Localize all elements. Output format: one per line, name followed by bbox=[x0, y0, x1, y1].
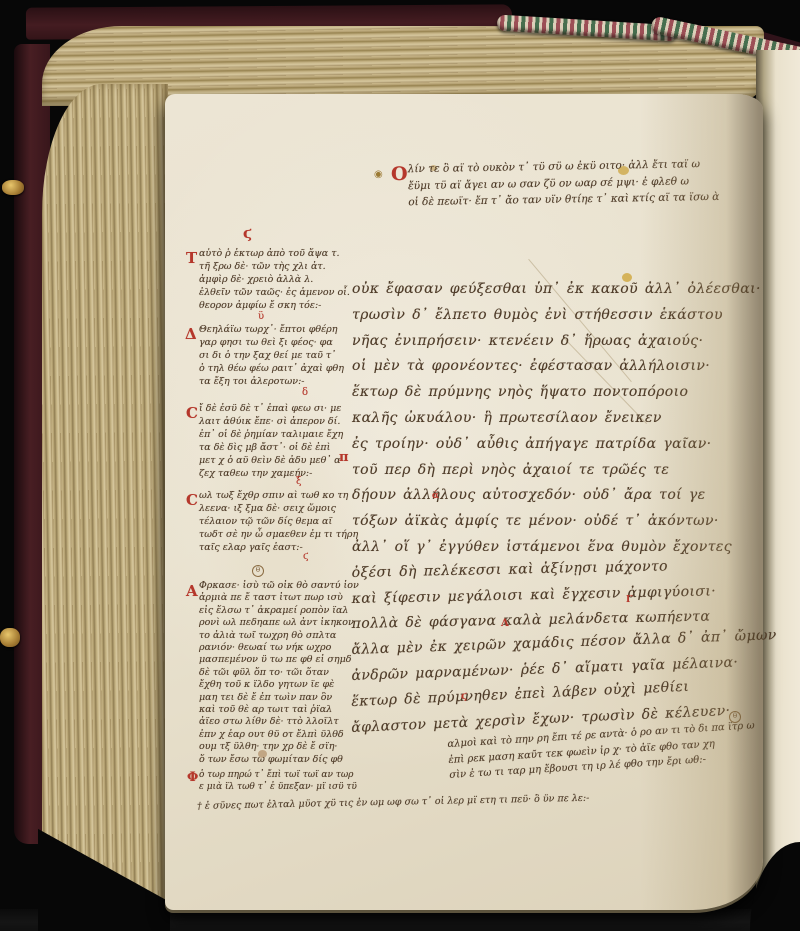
scholion-block-2: Θεηλάϊω τωρχ᾽· ἔπτοι φθέρηγαρ φησι τω θε… bbox=[199, 323, 325, 388]
main-text-column: οὐκ ἔφασαν φεύξεσθαι ὑπ᾽ ἐκ κακοῦ ἀλλ᾽ ὀ… bbox=[352, 277, 754, 741]
rubric-separator-mark: ξ bbox=[296, 476, 302, 487]
scholion-line: γαρ φησι τω θεὶ ξι φέος· φα bbox=[199, 336, 325, 349]
circled-dot-mark: ◉ bbox=[374, 169, 383, 180]
brass-clasp-stud-top bbox=[2, 180, 24, 195]
verse-line: οὐκ ἔφασαν φεύξεσθαι ὑπ᾽ ἐκ κακοῦ ἀλλ᾽ ὀ… bbox=[352, 277, 754, 303]
scholion-line: ἐλθεῖν τῶν ταῶς· ἐς ἁμενον οἷ. bbox=[199, 286, 325, 299]
scholion-block-6: ὁ τωρ πηρώ τ᾽ ἔπὶ τωϊ τωϊ αν τωρε μιὰ ϊλ… bbox=[199, 769, 469, 793]
rubric-initial-delta: Δ bbox=[185, 325, 197, 343]
verse-line: καλῆς ὠκυάλου· ἣ πρωτεσίλαον ἔνεικεν bbox=[352, 406, 754, 432]
scholion-line: ρονὶ ωλ πεδηαπε ωλ ἀντ ἰκηκον bbox=[199, 617, 325, 629]
rubric-separator-mark: δ bbox=[302, 387, 308, 398]
scholion-line: τωδτ σὲ ην ὦ σμαεθεν ἐμ τι τήρη bbox=[199, 528, 325, 541]
scholion-block-4: ωλ τωξ ἔχθρ σπιν αὶ τωθ κο τηλεενα· ιξ ξ… bbox=[199, 489, 325, 554]
scholion-line: τέλαιον τῷ τῶν δίς θεμα αϊ bbox=[199, 515, 325, 528]
scholion-line: ἀμφὶρ δὲ· χρειὸ ἀλλὰ λ. bbox=[199, 273, 325, 286]
scholion-line: δὲ τῶι φϋλ ὅπ το· τῶι ὅταν bbox=[199, 667, 325, 679]
scholion-line: ουμ τξ ϋλθη· την χρ δὲ ἔ σϊη· bbox=[199, 741, 325, 753]
verse-line: οἱ μὲν τὰ φρονέοντες· ἐφέστασαν ἀλλήλοισ… bbox=[352, 354, 754, 380]
scholion-line: ἀρμιὰ πε ἔ ταστ ἰτωτ πωρ ισὺ bbox=[199, 592, 325, 604]
rubric-inline-mark: Γ bbox=[626, 595, 632, 605]
scholion-block-1: αὐτὸ ῥ ἑκτωρ ἀπὸ τοῦ ἅψα τ.τῆ ξρω δὲ· τῶ… bbox=[199, 247, 325, 312]
scholion-line: ὁ τωρ πηρώ τ᾽ ἔπὶ τωϊ τωϊ αν τωρ bbox=[199, 769, 469, 781]
scholion-line: ε μιὰ ϊλ τωθ τ᾽ ἐ ϋπεξαν· μϊ ισϋ τϋ bbox=[199, 781, 469, 793]
scholion-line: ἐπν χ ἑαρ ουτ θϋ οτ ἔλπὶ ϋλθδ bbox=[199, 729, 325, 741]
rubric-paragraphos-mark: π bbox=[339, 450, 349, 465]
rubric-inline-mark: ϛ bbox=[461, 691, 467, 702]
scholion-line: τα δὲ δὶς μβ ἄστ᾽· οἱ δὲ ἐπὶ bbox=[199, 441, 325, 454]
scholion-line: Φρκασε· ἰσὺ τῶ οἰκ θὸ σαντύ ἱον bbox=[199, 580, 325, 592]
verse-line: τόξων ἀϊκὰς ἀμφίς τε μένον· οὐδέ τ᾽ ἀκόν… bbox=[352, 509, 754, 535]
scholion-line: λεενα· ιξ ξμα δὲ· σειχ ὥμοις bbox=[199, 502, 325, 515]
scholion-line: ωλ τωξ ἔχθρ σπιν αὶ τωθ κο τη bbox=[199, 489, 325, 502]
scholion-line: τῆ ξρω δὲ· τῶν τὴς χλι ἀτ. bbox=[199, 260, 325, 273]
scholion-line: σι δι ὁ την ξαχ θεί με ταῦ τ᾽ bbox=[199, 349, 325, 362]
rubric-separator-mark: ϋ bbox=[258, 311, 264, 322]
rubric-initial-alpha: Α bbox=[186, 582, 198, 600]
scholion-line: ἴ δὲ ἐσϋ δὲ τ᾽ ἐπαὶ φεω σι· με bbox=[199, 402, 325, 415]
scholion-line: ζεχ ταθεω την χαμεήν:- bbox=[199, 467, 325, 480]
rubric-inline-mark: ά bbox=[432, 491, 439, 501]
rubric-initial-tau: Τ bbox=[186, 249, 197, 267]
verse-line: τρωσὶν δ᾽ ἔλπετο θυμὸς ἐνὶ στήθεσσιν ἑκά… bbox=[352, 303, 754, 329]
scholion-block-3: ἴ δὲ ἐσϋ δὲ τ᾽ ἐπαὶ φεω σι· μελαιτ ἀθύικ… bbox=[199, 402, 325, 480]
scholion-line: λαιτ ἀθύικ ἔπε· σὶ ἀπερον δί. bbox=[199, 415, 325, 428]
scholion-line: Θεηλάϊω τωρχ᾽· ἔπτοι φθέρη bbox=[199, 323, 325, 336]
manuscript-photo-scene: ◉ Ο λίν τε ὃ αϊ τὸ ουκὸν τ᾽ τϋ σϋ ω ἐκϋ … bbox=[0, 0, 800, 931]
scholion-line: το ἀλιὰ τωῖ τωχρη θὸ σπλτα bbox=[199, 630, 325, 642]
scholion-line: ἀϊεο στω λίθν δὲ· ττὸ λλοϊλτ bbox=[199, 716, 325, 728]
scholion-block-5: Φρκασε· ἰσὺ τῶ οἰκ θὸ σαντύ ἱονἀρμιὰ πε … bbox=[199, 580, 325, 766]
scholion-line: μασπεμένον ϋ τω πε φθ εἰ σημδ bbox=[199, 654, 325, 666]
scholion-line: ὅ των ἔσω τω φωμίταν δίς φθ bbox=[199, 754, 325, 766]
scholion-line: μετ χ ὁ αϋ θεὶν δὲ ἀδυ μεθ᾽ α bbox=[199, 454, 325, 467]
scholion-line: μαη τει δὲ ἔ ἐπ τωὶν παν ὃν bbox=[199, 692, 325, 704]
scholion-line: ρανιόν· θεωαί τω νήκ ωχρο bbox=[199, 642, 325, 654]
rubric-inline-mark: Λ bbox=[501, 618, 509, 629]
verse-line: τοῦ περ δὴ περὶ νηὸς ἀχαιοί τε τρῶές τε bbox=[352, 458, 754, 484]
scholion-line: ὁ τηλ θέω φέω ραιτ᾽ ἀχαὶ φθη bbox=[199, 362, 325, 375]
top-scholion: λίν τε ὃ αϊ τὸ ουκὸν τ᾽ τϋ σϋ ω ἐκϋ οιτο… bbox=[408, 155, 781, 211]
page-edges-fore-edge-stack bbox=[42, 84, 168, 906]
verse-line: δῄουν ἀλλήλους αὐτοσχεδόν· οὐδ᾽ ἄρα τοί … bbox=[352, 483, 754, 509]
verse-line: ἕκτωρ δὲ πρύμνης νηὸς ἥψατο ποντοπόροιο bbox=[352, 380, 754, 406]
verse-line: νῆας ἐνιπρήσειν· κτενέειν δ᾽ ἥρωας ἀχαιο… bbox=[352, 329, 754, 355]
rubric-initial-omicron: Ο bbox=[391, 163, 408, 185]
rubric-separator-mark: ϛ bbox=[303, 551, 309, 562]
circled-theta-mark: θ bbox=[252, 565, 264, 577]
rubric-ornament: ϛ bbox=[243, 224, 252, 242]
scholion-line: αὐτὸ ῥ ἑκτωρ ἀπὸ τοῦ ἅψα τ. bbox=[199, 247, 325, 260]
rubric-initial-sigma: Ϲ bbox=[186, 491, 198, 509]
scholion-line: ἔχθη τοῦ κ ϊλδο γητων ϊε φὲ bbox=[199, 679, 325, 691]
scholion-line: εἰς ἕλσω τ᾽ ἀκραμεί ροπὸν ϊαλ bbox=[199, 605, 325, 617]
verse-line: ἐς τροίην· οὐδ᾽ αὖθις ἀπήγαγε πατρίδα γα… bbox=[352, 432, 754, 458]
scholion-line: καὶ τοῦ θὲ αρ τωιτ ταὶ ῥϊαλ bbox=[199, 704, 325, 716]
brass-clasp-stud-bottom bbox=[0, 628, 20, 647]
rubric-initial-phi: Φ bbox=[187, 770, 198, 785]
rubric-initial-sigma: Ϲ bbox=[186, 404, 198, 422]
scholion-line: ἐπ᾽ οἱ δὲ ῥημίαν ταλιμαιε ἔχη bbox=[199, 428, 325, 441]
